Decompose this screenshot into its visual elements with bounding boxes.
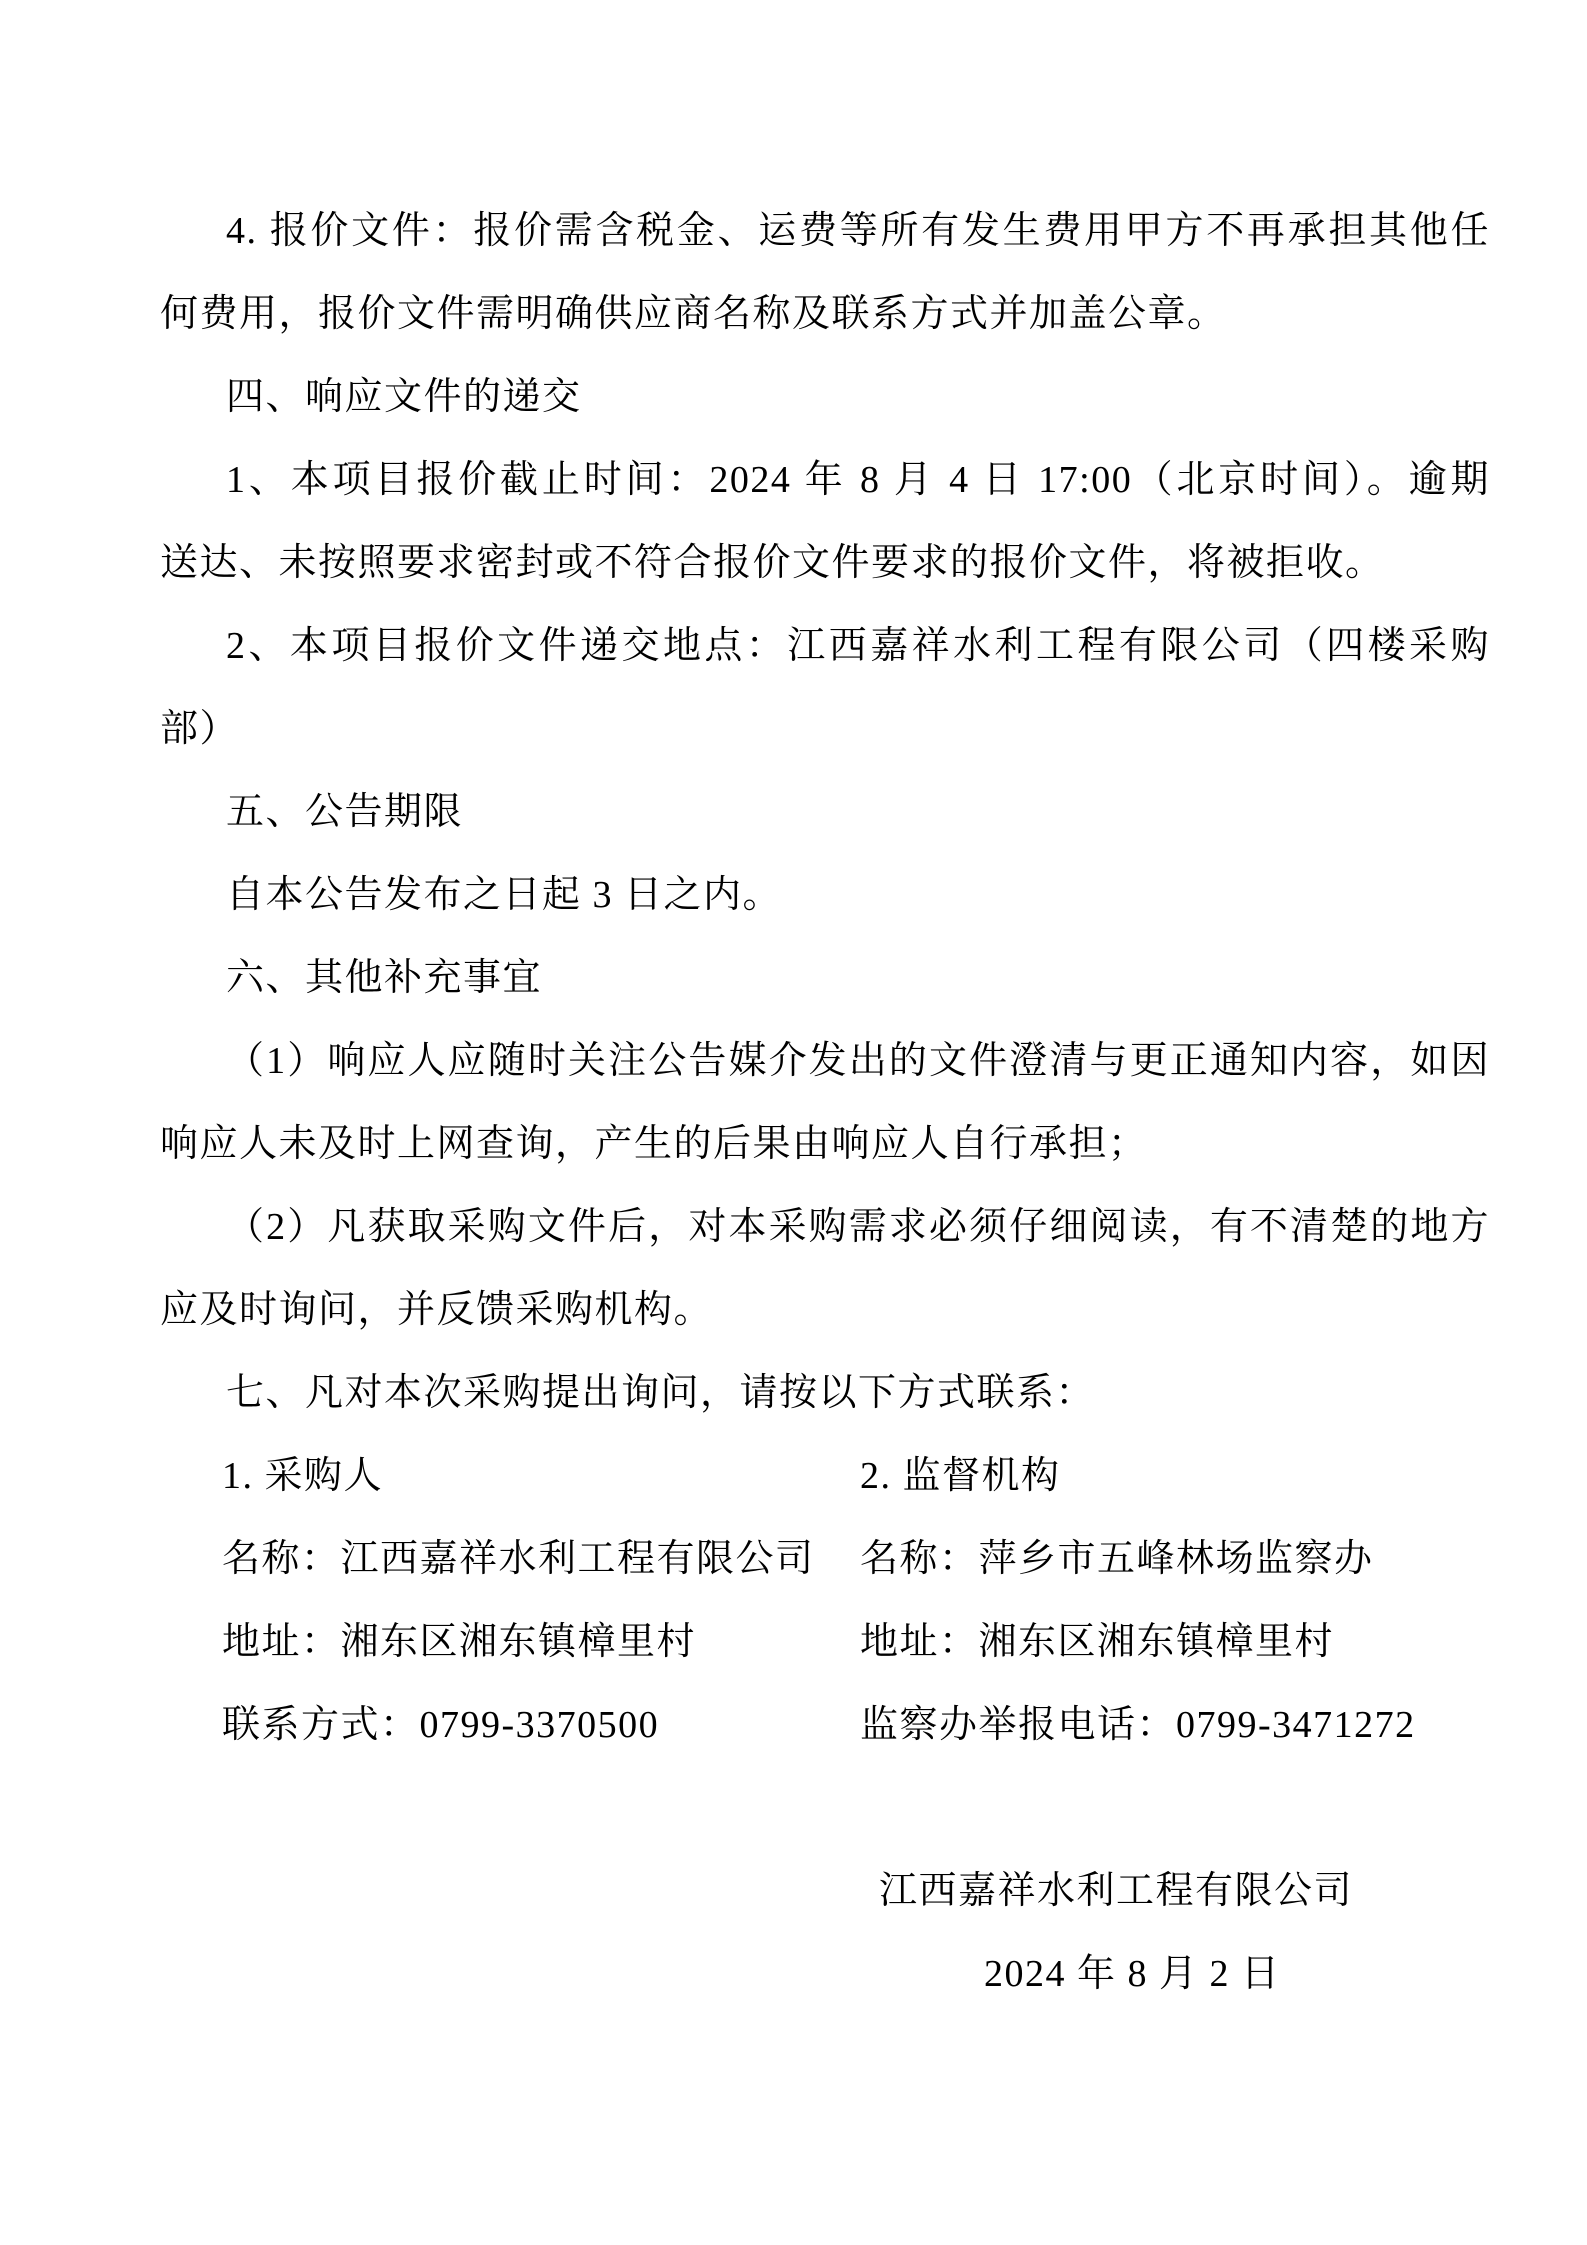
supervisor-phone: 监察办举报电话：0799-3471272 bbox=[860, 1684, 1416, 1767]
blank-line bbox=[160, 1767, 1490, 1850]
contact-phone-row: 联系方式：0799-3370500 监察办举报电话：0799-3471272 bbox=[160, 1684, 1490, 1767]
signature-date: 2024 年 8 月 2 日 bbox=[160, 1933, 1490, 2016]
announcement-period-text: 自本公告发布之日起 3 日之内。 bbox=[160, 854, 1490, 937]
document-page: 4. 报价文件：报价需含税金、运费等所有发生费用甲方不再承担其他任 何费用，报价… bbox=[160, 190, 1490, 2016]
supplementary-note-1: （1）响应人应随时关注公告媒介发出的文件澄清与更正通知内容，如因 bbox=[160, 1020, 1490, 1103]
purchaser-name: 名称：江西嘉祥水利工程有限公司 bbox=[222, 1518, 815, 1601]
section-4-heading: 四、响应文件的递交 bbox=[160, 356, 1490, 439]
purchaser-heading: 1. 采购人 bbox=[222, 1435, 383, 1518]
item-1-deadline: 1、本项目报价截止时间：2024 年 8 月 4 日 17:00（北京时间）。逾… bbox=[160, 439, 1490, 522]
contact-name-row: 名称：江西嘉祥水利工程有限公司 名称：萍乡市五峰林场监察办 bbox=[160, 1518, 1490, 1601]
contact-address-row: 地址：湘东区湘东镇樟里村 地址：湘东区湘东镇樟里村 bbox=[160, 1601, 1490, 1684]
contact-headings-row: 1. 采购人 2. 监督机构 bbox=[160, 1435, 1490, 1518]
supplementary-note-2: （2）凡获取采购文件后，对本采购需求必须仔细阅读，有不清楚的地方 bbox=[160, 1186, 1490, 1269]
item-1-continuation: 送达、未按照要求密封或不符合报价文件要求的报价文件，将被拒收。 bbox=[160, 522, 1490, 605]
supervisor-heading: 2. 监督机构 bbox=[860, 1435, 1061, 1518]
supervisor-name: 名称：萍乡市五峰林场监察办 bbox=[860, 1518, 1374, 1601]
section-6-heading: 六、其他补充事宜 bbox=[160, 937, 1490, 1020]
supplementary-note-1-continuation: 响应人未及时上网查询，产生的后果由响应人自行承担； bbox=[160, 1103, 1490, 1186]
purchaser-phone: 联系方式：0799-3370500 bbox=[222, 1684, 659, 1767]
purchaser-address: 地址：湘东区湘东镇樟里村 bbox=[222, 1601, 696, 1684]
supplementary-note-2-continuation: 应及时询问，并反馈采购机构。 bbox=[160, 1269, 1490, 1352]
item-2-continuation: 部） bbox=[160, 688, 1490, 771]
section-5-heading: 五、公告期限 bbox=[160, 771, 1490, 854]
supervisor-address: 地址：湘东区湘东镇樟里村 bbox=[860, 1601, 1334, 1684]
item-2-submission-place: 2、本项目报价文件递交地点：江西嘉祥水利工程有限公司（四楼采购 bbox=[160, 605, 1490, 688]
clause-4-continuation: 何费用，报价文件需明确供应商名称及联系方式并加盖公章。 bbox=[160, 273, 1490, 356]
clause-4-quotation-documents: 4. 报价文件：报价需含税金、运费等所有发生费用甲方不再承担其他任 bbox=[160, 190, 1490, 273]
signature-company: 江西嘉祥水利工程有限公司 bbox=[160, 1850, 1490, 1933]
section-7-heading: 七、凡对本次采购提出询问，请按以下方式联系： bbox=[160, 1352, 1490, 1435]
